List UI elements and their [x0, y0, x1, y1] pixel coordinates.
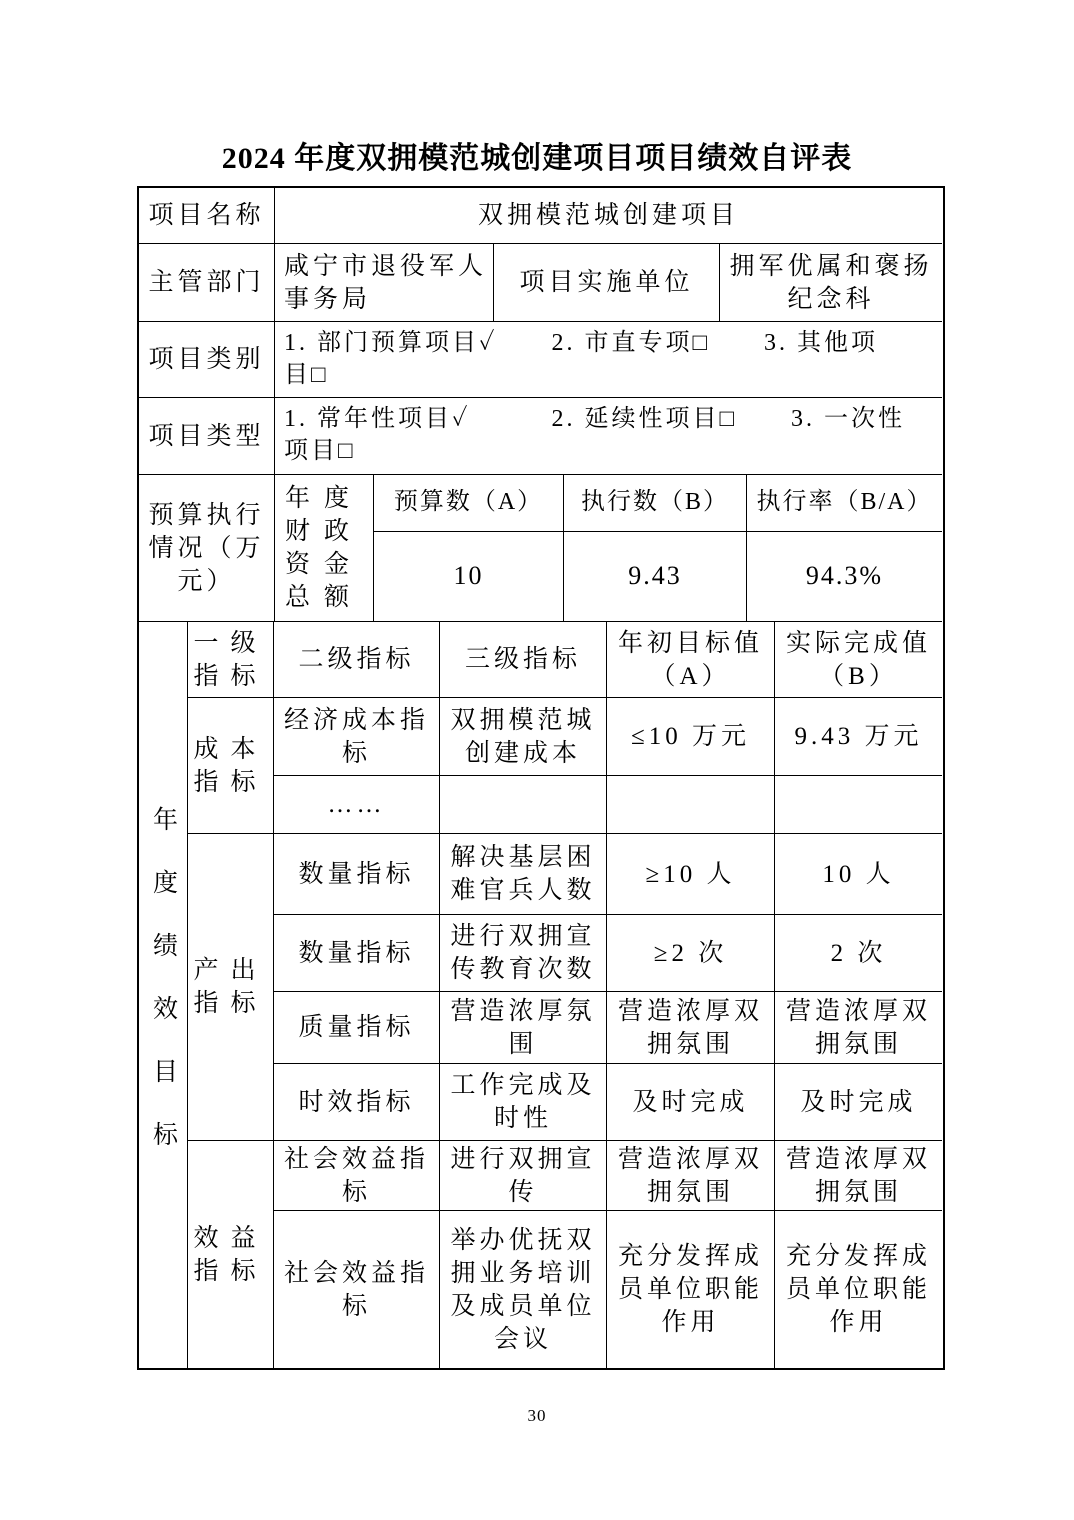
table-row: 数量指标 进行双拥宣 传教育次数 ≥2 次 2 次: [274, 915, 942, 992]
benefit-indicators-label: 效益 指标: [188, 1141, 274, 1368]
benefit-row1-l3: 进行双拥宣 传: [440, 1141, 607, 1211]
execution-rate-header: 执行率（B/A）: [747, 475, 942, 532]
executed-amount-value: 9.43: [564, 532, 747, 622]
implementing-unit-value: 拥军优属和褒扬 纪念科: [720, 244, 942, 322]
level1-indicator-header: 一级 指标: [188, 622, 274, 698]
project-category-options: 1. 部门预算项目✓ 2. 市直专项□ 3. 其他项 目□: [275, 322, 942, 398]
output-row4-l2: 时效指标: [274, 1064, 440, 1141]
annual-fiscal-fund-label: 年度 财政 资金 总额: [275, 475, 374, 622]
budget-header-row: 预算数（A） 执行数（B） 执行率（B/A）: [374, 475, 942, 532]
cost-row2-actual: [775, 776, 942, 834]
table-row: 质量指标 营造浓厚氛 围 营造浓厚双 拥氛围 营造浓厚双 拥氛围: [274, 992, 942, 1064]
table-row: 社会效益指 标 进行双拥宣 传 营造浓厚双 拥氛围 营造浓厚双 拥氛围: [274, 1141, 942, 1211]
table-row: 经济成本指 标 双拥模范城 创建成本 ≤10 万元 9.43 万元: [274, 698, 942, 776]
table-row: 时效指标 工作完成及 时性 及时完成 及时完成: [274, 1064, 942, 1141]
budget-amount-value: 10: [374, 532, 564, 622]
execution-rate-value: 94.3%: [747, 532, 942, 622]
output-row2-l2: 数量指标: [274, 915, 440, 992]
competent-department-value: 咸宁市退役军人 事务局: [275, 244, 494, 322]
indicators-columns: 一级 指标 二级指标 三级指标 年初目标值 （A） 实际完成值 （B） 成本 指…: [188, 622, 942, 1368]
project-category-row: 项目类别 1. 部门预算项目✓ 2. 市直专项□ 3. 其他项 目□: [139, 322, 943, 398]
page-title: 2024 年度双拥模范城创建项目项目绩效自评表: [0, 133, 1074, 177]
project-category-label: 项目类别: [139, 322, 275, 398]
benefit-row2-l3: 举办优抚双 拥业务培训 及成员单位 会议: [440, 1211, 607, 1368]
benefit-row2-l2: 社会效益指 标: [274, 1211, 440, 1368]
benefit-row1-target: 营造浓厚双 拥氛围: [607, 1141, 775, 1211]
budget-execution-block: 预算执行 情况（万 元） 年度 财政 资金 总额 预算数（A） 执行数（B） 执…: [139, 475, 943, 622]
output-row1-actual: 10 人: [775, 834, 942, 915]
competent-department-label: 主管部门: [139, 244, 275, 322]
output-row1-target: ≥10 人: [607, 834, 775, 915]
cost-row2-l2: ……: [274, 776, 440, 834]
project-type-options: 1. 常年性项目✓ 2. 延续性项目□ 3. 一次性 项目□: [275, 398, 942, 475]
implementing-unit-label: 项目实施单位: [494, 244, 720, 322]
cost-indicators-group: 成本 指标 经济成本指 标 双拥模范城 创建成本 ≤10 万元 9.43 万元 …: [188, 698, 942, 834]
benefit-row2-actual: 充分发挥成 员单位职能 作用: [775, 1211, 942, 1368]
output-row2-target: ≥2 次: [607, 915, 775, 992]
indicators-header-row: 一级 指标 二级指标 三级指标 年初目标值 （A） 实际完成值 （B）: [188, 622, 942, 698]
cost-row1-l3: 双拥模范城 创建成本: [440, 698, 607, 776]
cost-row1-l2: 经济成本指 标: [274, 698, 440, 776]
cost-row2-target: [607, 776, 775, 834]
executed-amount-header: 执行数（B）: [564, 475, 747, 532]
output-row3-actual: 营造浓厚双 拥氛围: [775, 992, 942, 1064]
cost-indicators-rows: 经济成本指 标 双拥模范城 创建成本 ≤10 万元 9.43 万元 ……: [274, 698, 942, 834]
benefit-indicators-rows: 社会效益指 标 进行双拥宣 传 营造浓厚双 拥氛围 营造浓厚双 拥氛围 社会效益…: [274, 1141, 942, 1368]
output-row4-actual: 及时完成: [775, 1064, 942, 1141]
cost-indicators-label: 成本 指标: [188, 698, 274, 834]
output-indicators-group: 产出 指标 数量指标 解决基层困 难官兵人数 ≥10 人 10 人 数量指标 进…: [188, 834, 942, 1141]
actual-value-header: 实际完成值 （B）: [775, 622, 942, 698]
document-page: 2024 年度双拥模范城创建项目项目绩效自评表 项目名称 双拥模范城创建项目 主…: [0, 0, 1074, 1520]
project-name-value: 双拥模范城创建项目: [275, 188, 942, 244]
benefit-indicators-group: 效益 指标 社会效益指 标 进行双拥宣 传 营造浓厚双 拥氛围 营造浓厚双 拥氛…: [188, 1141, 942, 1368]
output-indicators-label: 产出 指标: [188, 834, 274, 1141]
output-row4-target: 及时完成: [607, 1064, 775, 1141]
project-type-row: 项目类型 1. 常年性项目✓ 2. 延续性项目□ 3. 一次性 项目□: [139, 398, 943, 475]
table-row: ……: [274, 776, 942, 834]
output-row3-l2: 质量指标: [274, 992, 440, 1064]
output-row3-target: 营造浓厚双 拥氛围: [607, 992, 775, 1064]
annual-performance-goal-text: 年度绩效目标: [147, 806, 180, 1184]
table-row: 数量指标 解决基层困 难官兵人数 ≥10 人 10 人: [274, 834, 942, 915]
output-row2-l3: 进行双拥宣 传教育次数: [440, 915, 607, 992]
self-evaluation-table: 项目名称 双拥模范城创建项目 主管部门 咸宁市退役军人 事务局 项目实施单位 拥…: [137, 186, 945, 1370]
page-number: 30: [0, 1406, 1074, 1426]
output-row4-l3: 工作完成及 时性: [440, 1064, 607, 1141]
cost-row1-target: ≤10 万元: [607, 698, 775, 776]
output-row1-l3: 解决基层困 难官兵人数: [440, 834, 607, 915]
output-indicators-rows: 数量指标 解决基层困 难官兵人数 ≥10 人 10 人 数量指标 进行双拥宣 传…: [274, 834, 942, 1141]
output-row3-l3: 营造浓厚氛 围: [440, 992, 607, 1064]
budget-execution-label: 预算执行 情况（万 元）: [139, 475, 275, 622]
department-row: 主管部门 咸宁市退役军人 事务局 项目实施单位 拥军优属和褒扬 纪念科: [139, 244, 943, 322]
target-value-header: 年初目标值 （A）: [607, 622, 775, 698]
benefit-row1-actual: 营造浓厚双 拥氛围: [775, 1141, 942, 1211]
benefit-row1-l2: 社会效益指 标: [274, 1141, 440, 1211]
budget-value-row: 10 9.43 94.3%: [374, 532, 942, 622]
project-type-label: 项目类型: [139, 398, 275, 475]
cost-row2-l3: [440, 776, 607, 834]
table-row: 社会效益指 标 举办优抚双 拥业务培训 及成员单位 会议 充分发挥成 员单位职能…: [274, 1211, 942, 1368]
performance-indicators-block: 年度绩效目标 一级 指标 二级指标 三级指标 年初目标值 （A） 实际完成值 （…: [139, 622, 943, 1368]
level3-indicator-header: 三级指标: [440, 622, 607, 698]
budget-columns: 预算数（A） 执行数（B） 执行率（B/A） 10 9.43 94.3%: [374, 475, 942, 622]
annual-performance-goal-label: 年度绩效目标: [139, 622, 188, 1368]
benefit-row2-target: 充分发挥成 员单位职能 作用: [607, 1211, 775, 1368]
project-name-row: 项目名称 双拥模范城创建项目: [139, 188, 943, 244]
level2-indicator-header: 二级指标: [274, 622, 440, 698]
budget-amount-header: 预算数（A）: [374, 475, 564, 532]
output-row2-actual: 2 次: [775, 915, 942, 992]
project-name-label: 项目名称: [139, 188, 275, 244]
output-row1-l2: 数量指标: [274, 834, 440, 915]
cost-row1-actual: 9.43 万元: [775, 698, 942, 776]
